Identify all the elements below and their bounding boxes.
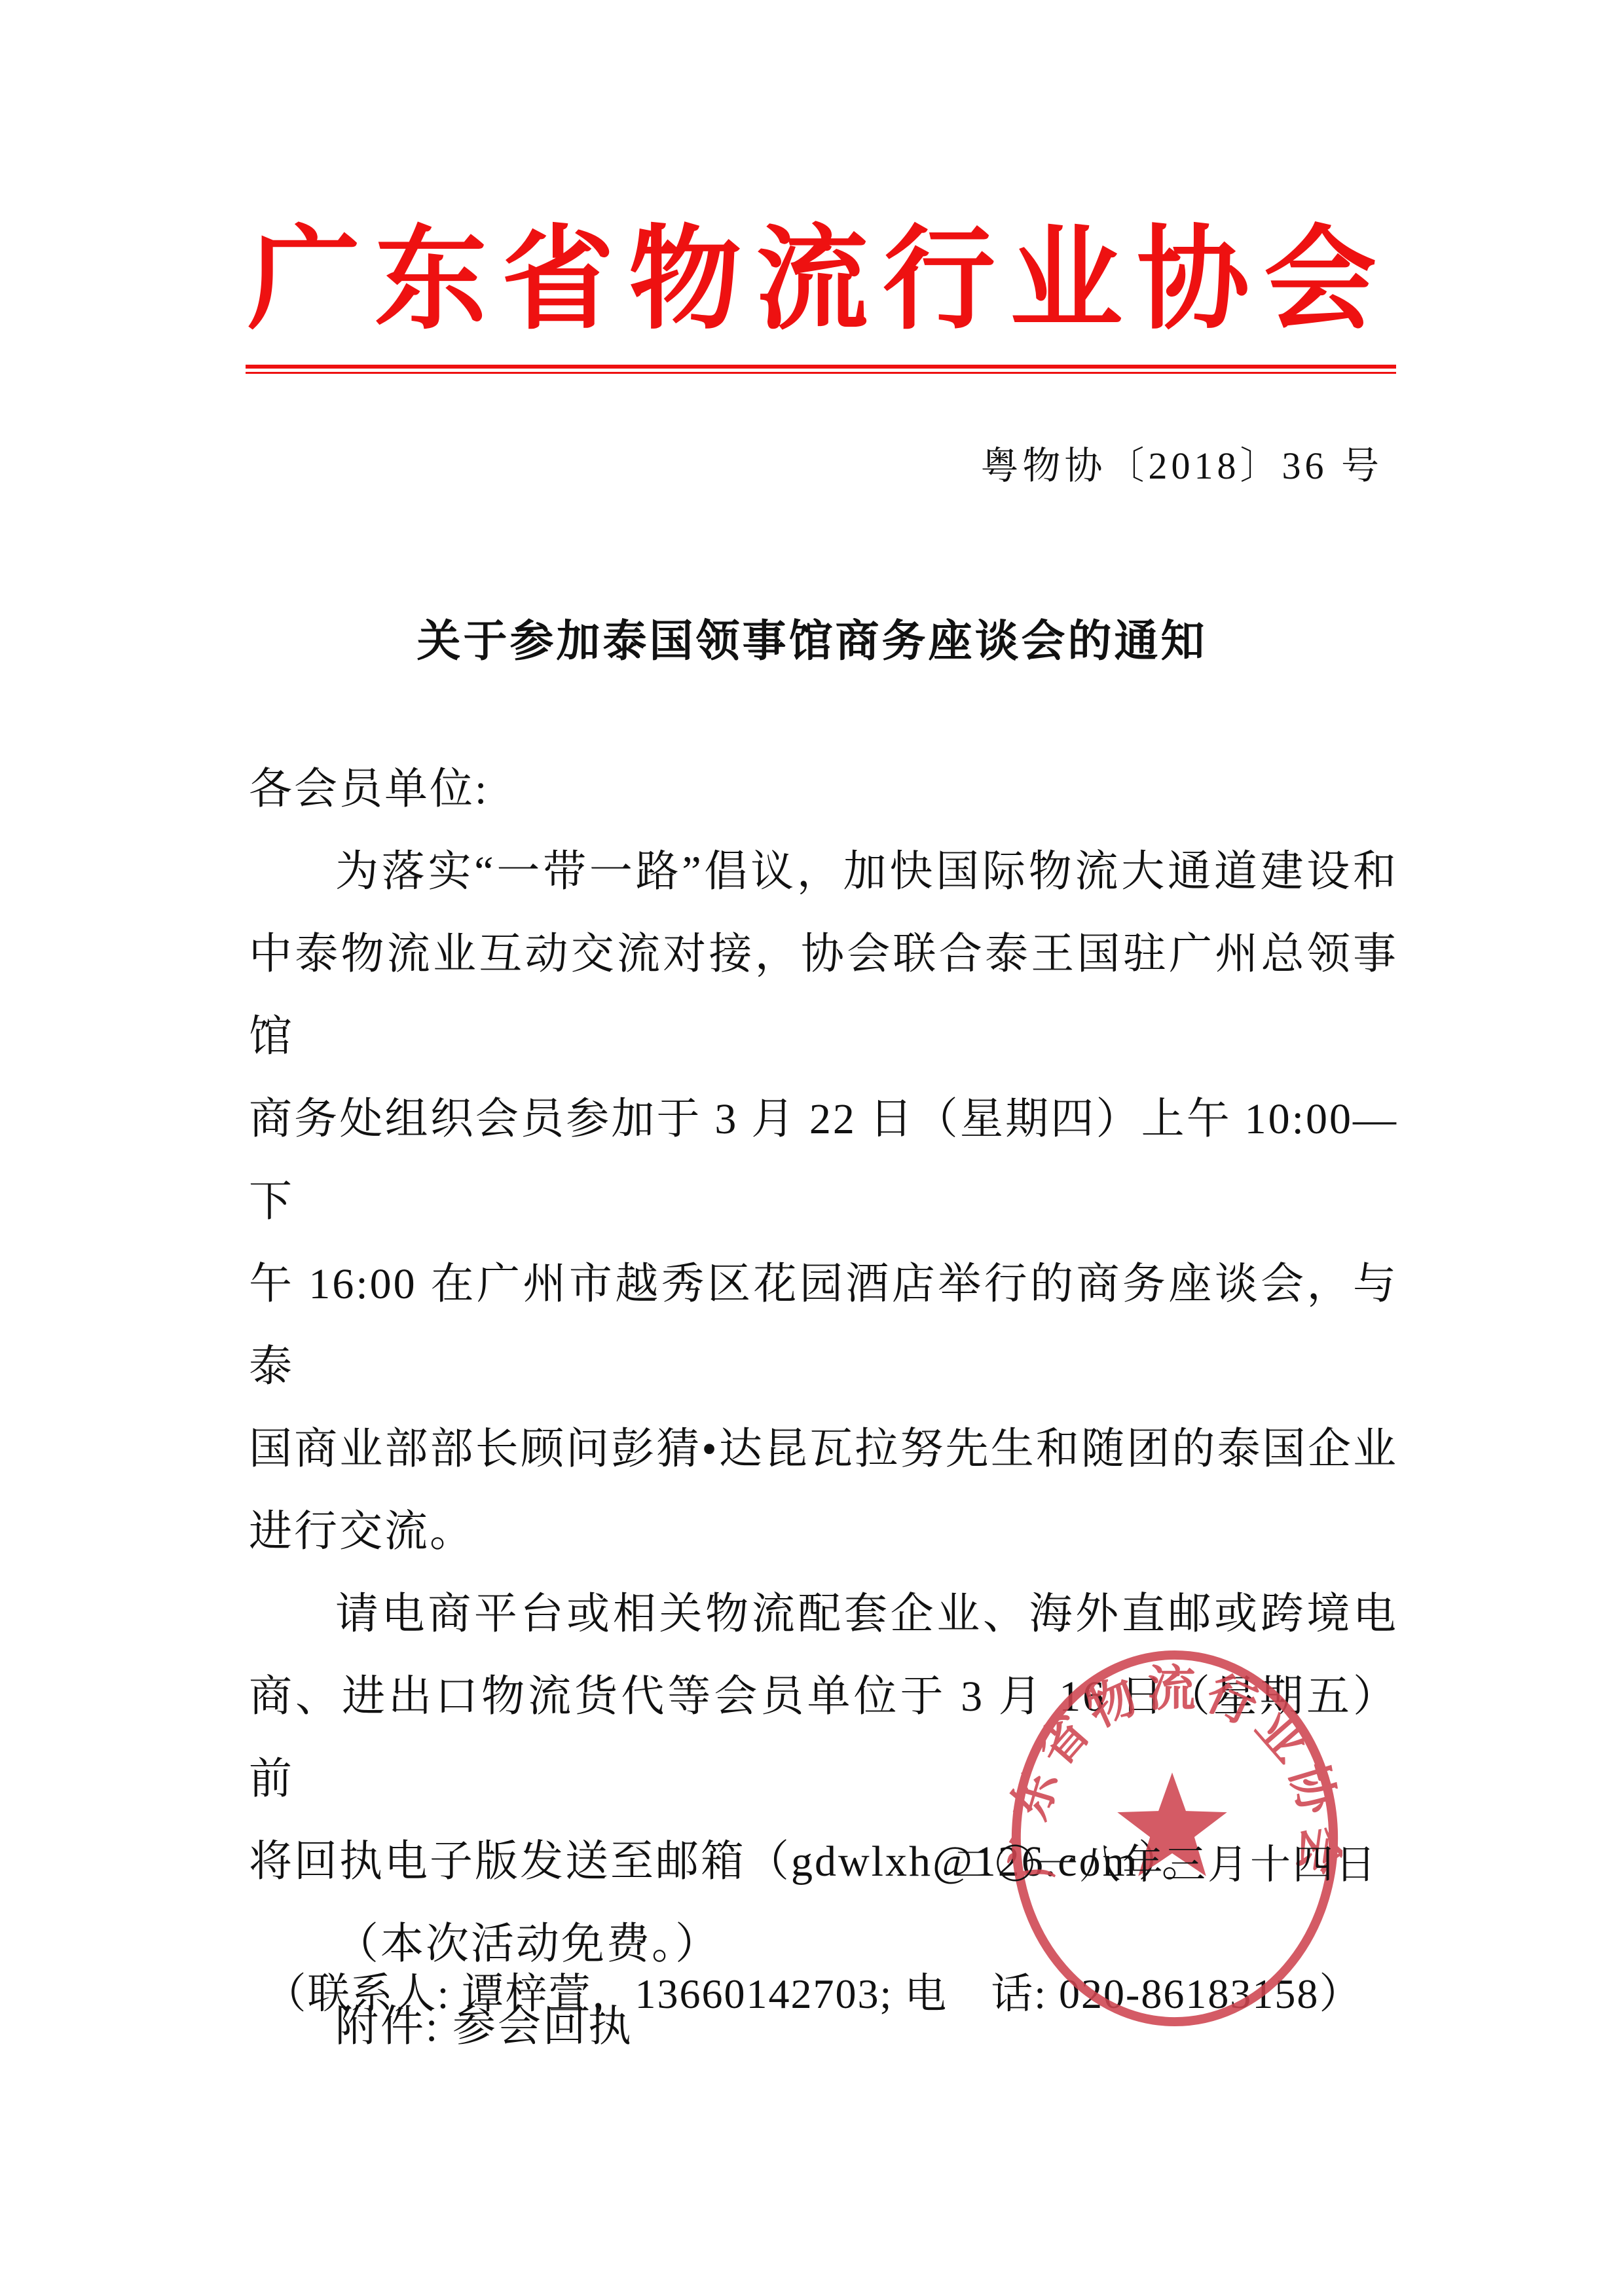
org-name-char: 物 [629,220,741,342]
doc-number: 粤物协〔2018〕36 号 [980,435,1383,490]
body-line: 国商业部部长顾问彭猜•达昆瓦拉努先生和随团的泰国企业 [249,1408,1398,1491]
body-line: 商务处组织会员参加于 3 月 22 日（星期四）上午 10:00—下 [249,1078,1398,1243]
body-line: 请电商平台或相关物流配套企业、海外直邮或跨境电 [249,1573,1398,1656]
letterhead-org-name: 广东省物流行业协会 [248,220,1376,342]
body-line: 中泰物流业互动交流对接，协会联合泰王国驻广州总领事馆 [249,913,1398,1078]
org-name-char: 流 [756,220,868,342]
org-name-char: 东 [375,220,487,342]
org-name-char: 省 [502,220,614,342]
org-name-char: 广 [248,220,360,342]
body-line: 午 16:00 在广州市越秀区花园酒店举行的商务座谈会，与泰 [249,1243,1398,1408]
document-page: 广东省物流行业协会 粤物协〔2018〕36 号 关于参加泰国领事馆商务座谈会的通… [0,0,1624,2296]
doc-title: 关于参加泰国领事馆商务座谈会的通知 [0,606,1624,669]
org-name-char: 行 [883,220,995,342]
body-line: 为落实“一带一路”倡议，加快国际物流大通道建设和 [249,831,1398,913]
org-name-char: 业 [1010,220,1122,342]
body-line: 进行交流。 [249,1491,1398,1573]
org-name-char: 协 [1137,220,1249,342]
letterhead-rule-thick [246,365,1396,369]
issue-date: 二〇一八年三月十四日 [952,1832,1378,1890]
letterhead-rule-thin [246,372,1396,374]
org-name-char: 会 [1264,220,1376,342]
body-line: 各会员单位: [249,748,1398,831]
